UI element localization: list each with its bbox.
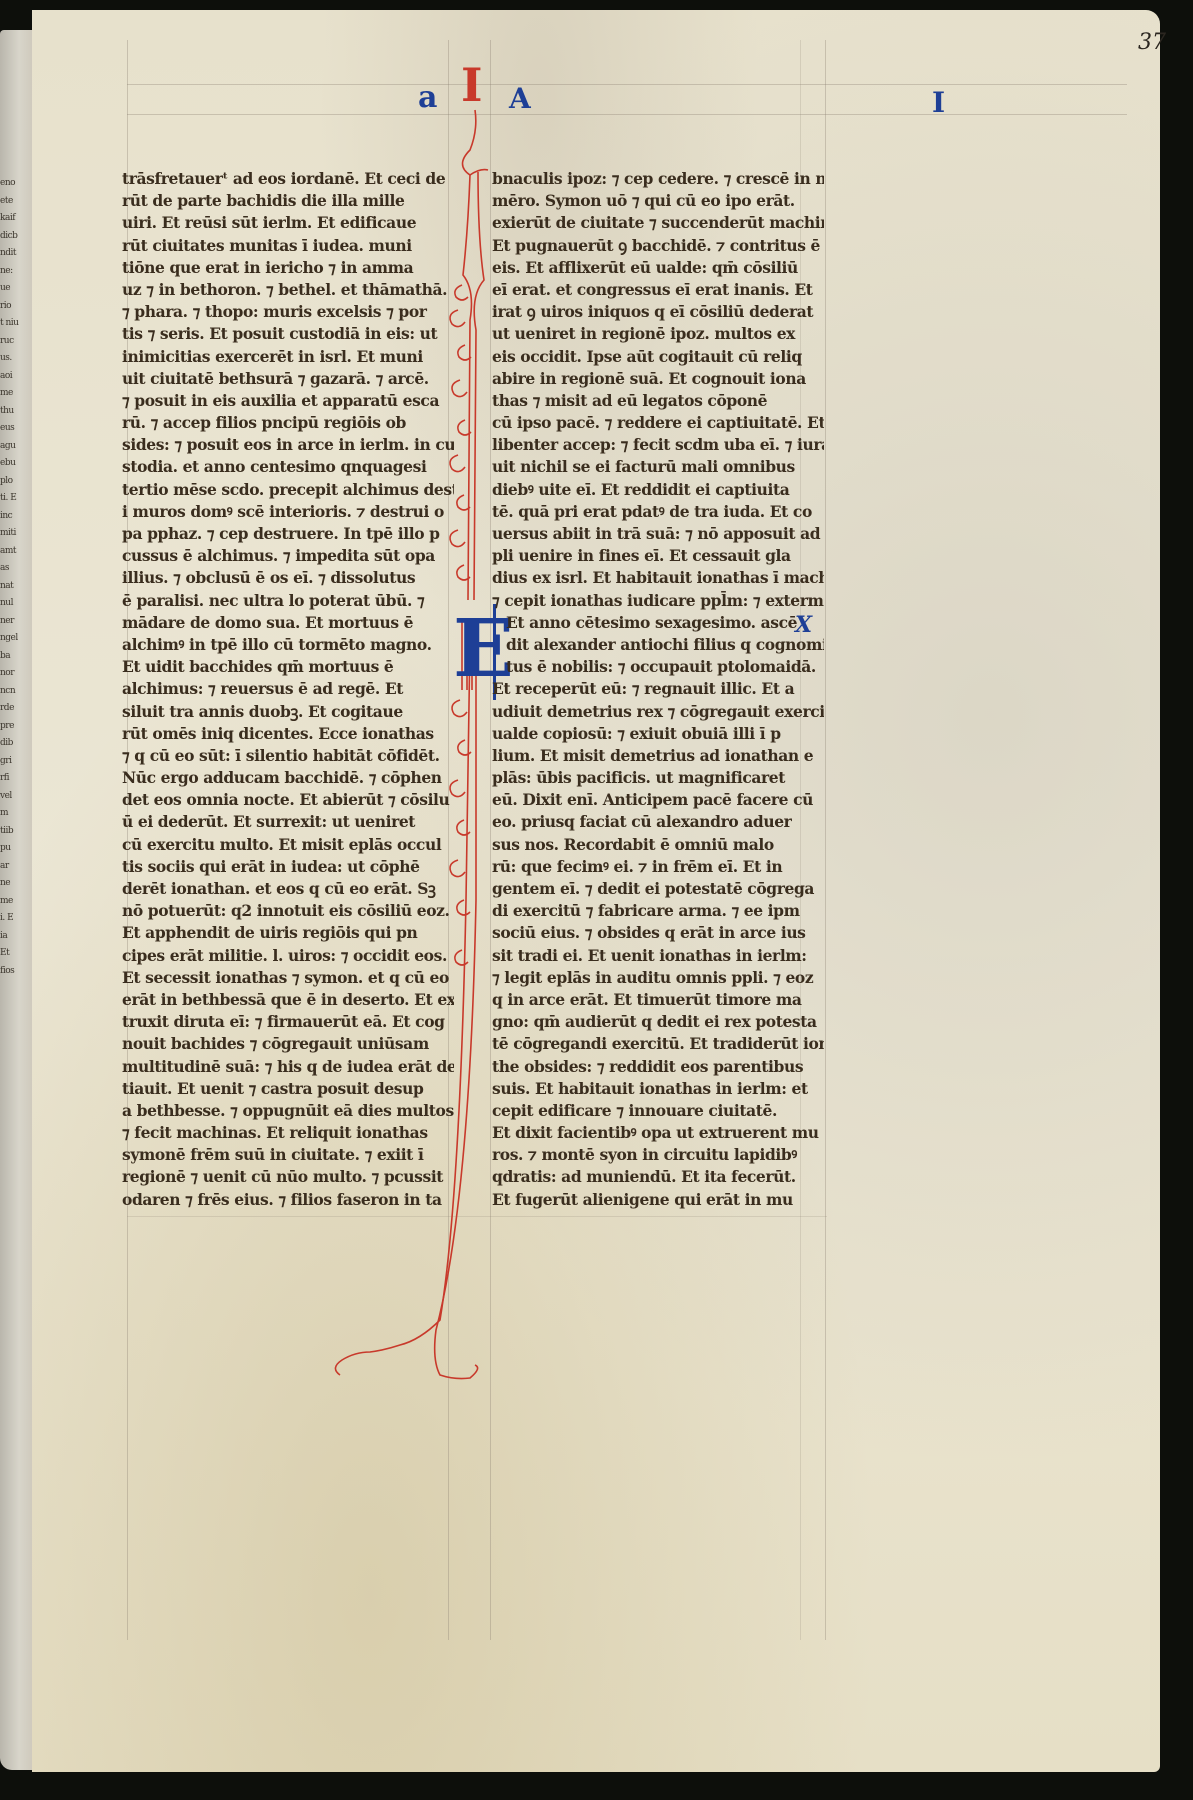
- text-line: det eos omnia nocte. Et abierūt ⁊ cōsilu: [122, 789, 454, 811]
- text-line: sides: ⁊ posuit eos in arce in ierlm. in…: [122, 434, 454, 456]
- text-line: exierūt de ciuitate ⁊ succenderūt machin…: [492, 212, 824, 234]
- decorated-initial-E: E: [453, 608, 497, 690]
- text-line: cipes erāt militie. l. uiros: ⁊ occidit …: [122, 945, 454, 967]
- text-line: ū ei dederūt. Et surrexit: ut ueniret: [122, 811, 454, 833]
- text-line: sociū eius. ⁊ obsides q erāt in arce ius: [492, 922, 824, 944]
- text-line: udiuit demetrius rex ⁊ cōgregauit exerci…: [492, 701, 824, 723]
- text-line: rūt ciuitates munitas ī iudea. muni: [122, 235, 454, 257]
- text-line: Et uidit bacchides qm̄ mortuus ē: [122, 656, 454, 678]
- text-line: eis occidit. Ipse aūt cogitauit cū reliq: [492, 346, 824, 368]
- text-line: uiri. Et reūsi sūt ierlm. Et edificaue: [122, 212, 454, 234]
- text-line: odaren ⁊ frēs eius. ⁊ filios faseron in …: [122, 1189, 454, 1211]
- text-line: nō potuerūt: q2 innotuit eis cōsiliū eoz…: [122, 900, 454, 922]
- text-line: cepit edificare ⁊ innouare ciuitatē.: [492, 1100, 824, 1122]
- text-line: bnaculis ipoz: ⁊ cep cedere. ⁊ crescē in…: [492, 168, 824, 190]
- text-line: dius ex isrl. Et habitauit ionathas ī ma…: [492, 567, 824, 589]
- text-line: thas ⁊ misit ad eū legatos cōponē: [492, 390, 824, 412]
- text-line: ⁊ posuit in eis auxilia et apparatū esca: [122, 390, 454, 412]
- text-line: uersus abiit in trā suā: ⁊ nō apposuit a…: [492, 523, 824, 545]
- text-line: pli uenire in fines eī. Et cessauit gla: [492, 545, 824, 567]
- text-line: sit tradi ei. Et uenit ionathas in ierlm…: [492, 945, 824, 967]
- text-line: ualde copiosū: ⁊ exiuit obuiā illi ī p: [492, 723, 824, 745]
- text-line: dit alexander antiochi filius q cognomin…: [492, 634, 824, 656]
- text-line: uz ⁊ in bethoron. ⁊ bethel. et thāmathā.: [122, 279, 454, 301]
- text-line: multitudinē suā: ⁊ his q de iudea erāt d…: [122, 1056, 454, 1078]
- text-line: alchimꝰ in tpē illo cū tormēto magno.: [122, 634, 454, 656]
- text-line: cū ipso pacē. ⁊ reddere ei captiuitatē. …: [492, 412, 824, 434]
- text-line: Et pugnauerūt ꝯ bacchidē. ⁊ contritus ē …: [492, 235, 824, 257]
- text-line: eī erat. et congressus eī erat inanis. E…: [492, 279, 824, 301]
- text-line: nouit bachides ⁊ cōgregauit uniūsam: [122, 1033, 454, 1055]
- text-line: trāsfretauerᵗ ad eos iordanē. Et ceci de: [122, 168, 454, 190]
- text-line: lium. Et misit demetrius ad ionathan e: [492, 745, 824, 767]
- text-line: rū. ⁊ accep filios pncipū regiōis ob: [122, 412, 454, 434]
- text-line: Et fugerūt alienigene qui erāt in mu: [492, 1189, 824, 1211]
- text-line: tiauit. Et uenit ⁊ castra posuit desup: [122, 1078, 454, 1100]
- text-line: illius. ⁊ obclusū ē os eī. ⁊ dissolutus: [122, 567, 454, 589]
- text-line: regionē ⁊ uenit cū nūo multo. ⁊ pcussit: [122, 1166, 454, 1188]
- text-line: tē cōgregandi exercitū. Et tradiderūt io…: [492, 1033, 824, 1055]
- text-line: i muros domꝰ scē interioris. ⁊ destrui o: [122, 501, 454, 523]
- text-line: ros. ⁊ montē syon in circuitu lapidibꝰ: [492, 1144, 824, 1166]
- text-line: tis ⁊ seris. Et posuit custodiā in eis: …: [122, 323, 454, 345]
- text-line: Et dixit facientibꝰ opa ut extruerent mu: [492, 1122, 824, 1144]
- text-line: ⁊ legit eplās in auditu omnis ppli. ⁊ eo…: [492, 967, 824, 989]
- text-line: Nūc ergo adducam bacchidē. ⁊ cōphen: [122, 767, 454, 789]
- left-text-column: trāsfretauerᵗ ad eos iordanē. Et ceci de…: [122, 168, 454, 1211]
- text-line: cū exercitu multo. Et misit eplās occul: [122, 834, 454, 856]
- text-line: mādare de domo sua. Et mortuus ē: [122, 612, 454, 634]
- text-line: Et anno cētesimo sexagesimo. ascē: [492, 612, 824, 634]
- text-line: ⁊ q cū eo sūt: ī silentio habitāt cōfidē…: [122, 745, 454, 767]
- text-line: q in arce erāt. Et timuerūt timore ma: [492, 989, 824, 1011]
- text-line: suis. Et habitauit ionathas in ierlm: et: [492, 1078, 824, 1100]
- text-line: uit ciuitatē bethsurā ⁊ gazarā. ⁊ arcē.: [122, 368, 454, 390]
- text-line: siluit tra annis duobꝫ. Et cogitaue: [122, 701, 454, 723]
- text-line: rū: que fecimꝰ ei. ⁊ in frēm eī. Et in: [492, 856, 824, 878]
- text-line: abire in regionē suā. Et cognouit iona: [492, 368, 824, 390]
- text-line: libenter accep: ⁊ fecit scdm uba eī. ⁊ i…: [492, 434, 824, 456]
- text-line: gentem eī. ⁊ dedit ei potestatē cōgrega: [492, 878, 824, 900]
- text-line: plās: ūbis pacificis. ut magnificaret: [492, 767, 824, 789]
- text-line: eo. priusq faciat cū alexandro aduer: [492, 811, 824, 833]
- text-line: gno: qm̄ audierūt q dedit ei rex potesta: [492, 1011, 824, 1033]
- text-line: the obsides: ⁊ reddidit eos parentibus: [492, 1056, 824, 1078]
- text-line: diebꝰ uite eī. Et reddidit ei captiuita: [492, 479, 824, 501]
- text-line: irat ꝯ uiros iniquos q eī cōsiliū dedera…: [492, 301, 824, 323]
- text-line: tē. quā pri erat pdatꝰ de tra iuda. Et c…: [492, 501, 824, 523]
- text-line: symonē frēm suū in ciuitate. ⁊ exiit ī: [122, 1144, 454, 1166]
- text-line: qdratis: ad muniendū. Et ita fecerūt.: [492, 1166, 824, 1188]
- text-line: alchimus: ⁊ reuersus ē ad regē. Et: [122, 678, 454, 700]
- text-line: tertio mēse scdo. precepit alchimus dest…: [122, 479, 454, 501]
- text-line: pa pphaz. ⁊ cep destruere. In tpē illo p: [122, 523, 454, 545]
- text-line: inimicitias exercerēt in isrl. Et muni: [122, 346, 454, 368]
- text-line: derēt ionathan. et eos q cū eo erāt. Sꝫ: [122, 878, 454, 900]
- text-line: stodia. et anno centesimo qnquagesi: [122, 456, 454, 478]
- text-line: ⁊ phara. ⁊ thopo: muris excelsis ⁊ por: [122, 301, 454, 323]
- text-line: eū. Dixit enī. Anticipem pacē facere cū: [492, 789, 824, 811]
- right-text-column: bnaculis ipoz: ⁊ cep cedere. ⁊ crescē in…: [492, 168, 824, 1211]
- text-line: ut ueniret in regionē ipoz. multos ex: [492, 323, 824, 345]
- text-line: Et secessit ionathas ⁊ symon. et q cū eo: [122, 967, 454, 989]
- text-line: uit nichil se ei facturū mali omnibus: [492, 456, 824, 478]
- text-line: Et apphendit de uiris regiōis qui pn: [122, 922, 454, 944]
- text-line: tus ē nobilis: ⁊ occupauit ptolomaidā.: [492, 656, 824, 678]
- text-line: ⁊ fecit machinas. Et reliquit ionathas: [122, 1122, 454, 1144]
- text-line: tiōne que erat in iericho ⁊ in amma: [122, 257, 454, 279]
- text-line: rūt de parte bachidis die illa mille: [122, 190, 454, 212]
- text-line: Et receperūt eū: ⁊ regnauit illic. Et a: [492, 678, 824, 700]
- text-line: erāt in bethbessā que ē in deserto. Et e…: [122, 989, 454, 1011]
- text-line: di exercitū ⁊ fabricare arma. ⁊ ee ipm: [492, 900, 824, 922]
- text-line: eis. Et afflixerūt eū ualde: qm̄ cōsiliū: [492, 257, 824, 279]
- text-line: mēro. Symon uō ⁊ qui cū eo ipo erāt.: [492, 190, 824, 212]
- text-line: tis sociis qui erāt in iudea: ut cōphē: [122, 856, 454, 878]
- text-line: rūt omēs iniq dicentes. Ecce ionathas: [122, 723, 454, 745]
- text-line: ⁊ cepit ionathas iudicare ppl̄m: ⁊ exter…: [492, 590, 824, 612]
- text-line: cussus ē alchimus. ⁊ impedita sūt opa: [122, 545, 454, 567]
- text-line: ē paralisi. nec ultra lo poterat ūbū. ⁊: [122, 590, 454, 612]
- text-line: sus nos. Recordabit ē omniū malo: [492, 834, 824, 856]
- text-line: truxit diruta eī: ⁊ firmauerūt eā. Et co…: [122, 1011, 454, 1033]
- text-line: a bethbesse. ⁊ oppugnūit eā dies multos.: [122, 1100, 454, 1122]
